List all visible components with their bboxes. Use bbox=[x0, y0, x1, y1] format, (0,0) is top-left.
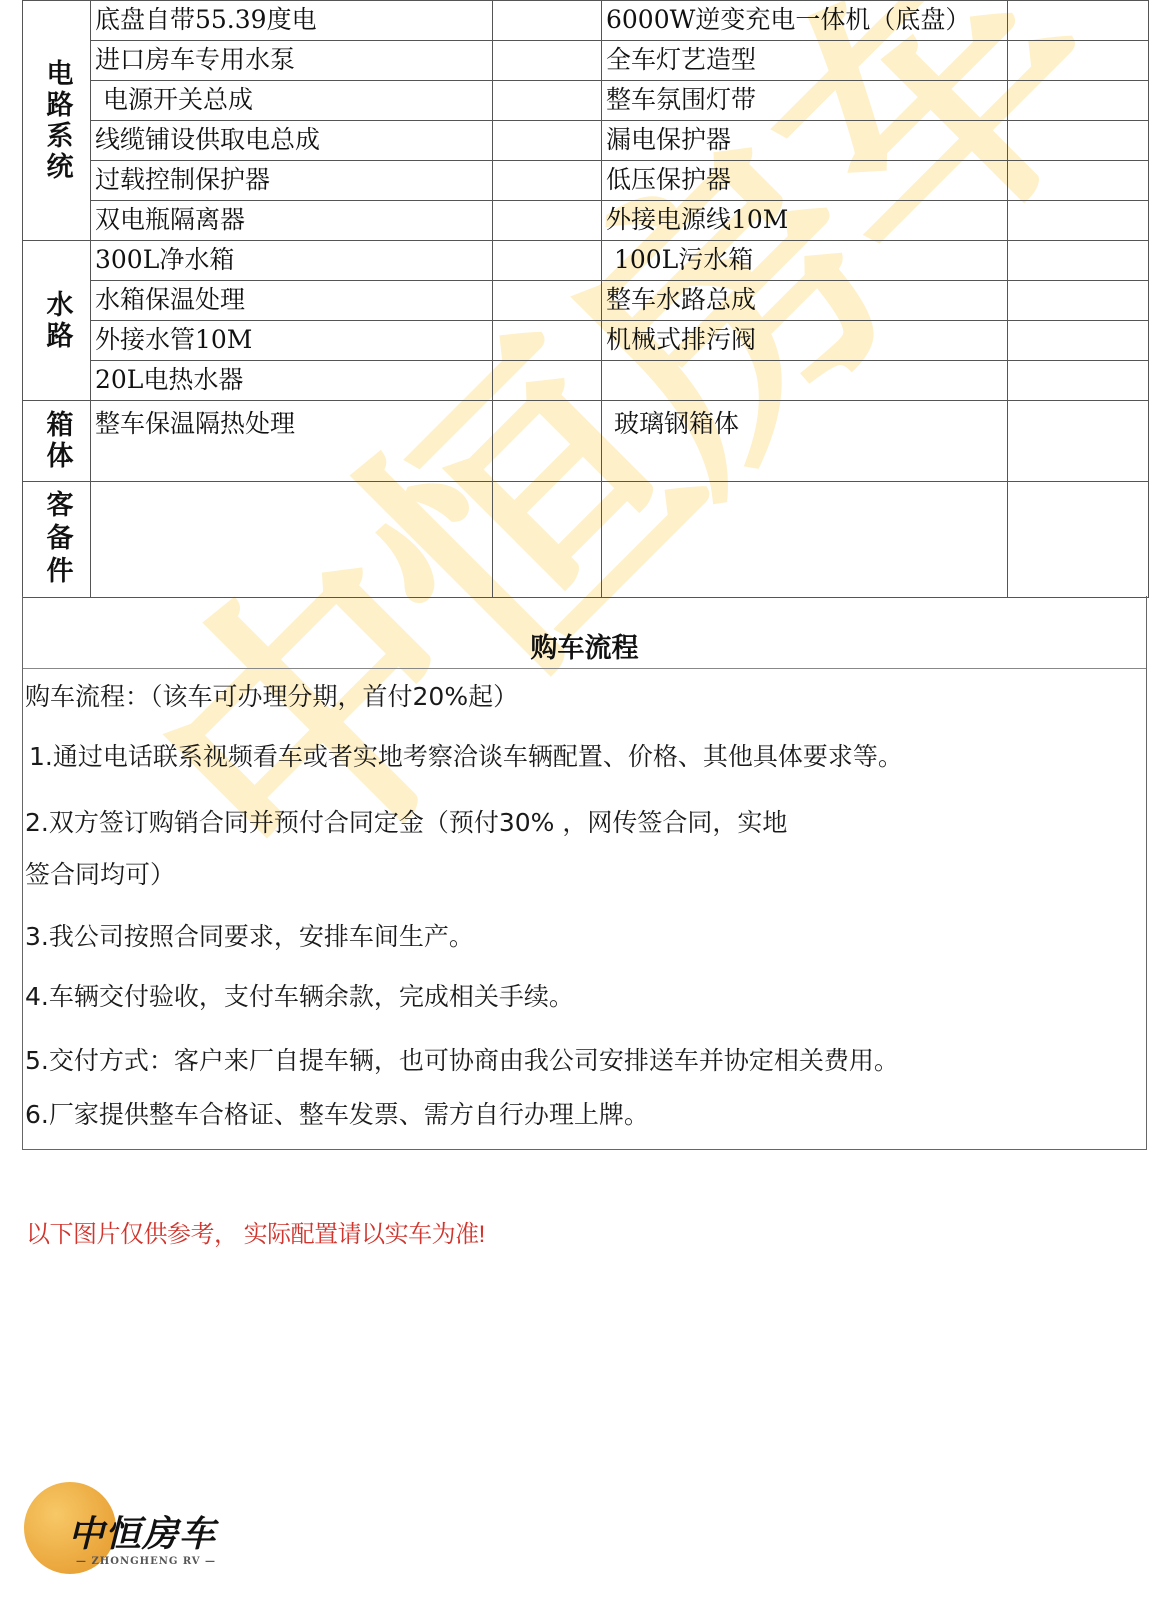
item-cell bbox=[602, 361, 1008, 401]
item-cell: 100L污水箱 bbox=[602, 241, 1008, 281]
category-cell-body: 箱体 bbox=[23, 401, 91, 482]
purchase-process-section: 购车流程 购车流程：（该车可办理分期，首付20%起） 1.通过电话联系视频看车或… bbox=[22, 596, 1147, 1150]
blank-cell bbox=[1008, 161, 1149, 201]
item-cell: 整车氛围灯带 bbox=[602, 81, 1008, 121]
blank-cell bbox=[493, 281, 602, 321]
item-cell: 底盘自带55.39度电 bbox=[91, 1, 493, 41]
blank-cell bbox=[493, 321, 602, 361]
item-cell bbox=[602, 482, 1008, 598]
item-cell: 过载控制保护器 bbox=[91, 161, 493, 201]
company-logo: 中恒房车 — ZHONGHENG RV — bbox=[14, 1468, 254, 1600]
process-intro: 购车流程：（该车可办理分期，首付20%起） bbox=[25, 677, 518, 713]
item-cell: 水箱保温处理 bbox=[91, 281, 493, 321]
table-row: 电源开关总成 整车氛围灯带 bbox=[23, 81, 1149, 121]
table-row: 水路 300L净水箱 100L污水箱 bbox=[23, 241, 1149, 281]
process-step: 2.双方签订购销合同并预付合同定金（预付30% ，网传签合同，实地 bbox=[25, 803, 787, 839]
blank-cell bbox=[493, 41, 602, 81]
process-step: 1.通过电话联系视频看车或者实地考察洽谈车辆配置、价格、其他具体要求等。 bbox=[29, 737, 903, 773]
blank-cell bbox=[493, 241, 602, 281]
process-step: 5.交付方式：客户来厂自提车辆，也可协商由我公司安排送车并协定相关费用。 bbox=[25, 1041, 899, 1077]
item-cell: 漏电保护器 bbox=[602, 121, 1008, 161]
table-row: 过载控制保护器 低压保护器 bbox=[23, 161, 1149, 201]
item-cell: 全车灯艺造型 bbox=[602, 41, 1008, 81]
item-cell: 6000W逆变充电一体机（底盘） bbox=[602, 1, 1008, 41]
item-cell: 整车水路总成 bbox=[602, 281, 1008, 321]
item-cell: 20L电热水器 bbox=[91, 361, 493, 401]
blank-cell bbox=[493, 201, 602, 241]
blank-cell bbox=[1008, 1, 1149, 41]
table-row: 进口房车专用水泵 全车灯艺造型 bbox=[23, 41, 1149, 81]
table-row: 客备件 bbox=[23, 482, 1149, 598]
blank-cell bbox=[1008, 41, 1149, 81]
blank-cell bbox=[493, 121, 602, 161]
item-cell: 300L净水箱 bbox=[91, 241, 493, 281]
logo-name-cn: 中恒房车 bbox=[68, 1506, 216, 1557]
item-cell bbox=[91, 482, 493, 598]
blank-cell bbox=[1008, 321, 1149, 361]
process-step-continuation: 签合同均可） bbox=[25, 855, 175, 891]
item-cell: 整车保温隔热处理 bbox=[91, 401, 493, 482]
table-row: 双电瓶隔离器 外接电源线10M bbox=[23, 201, 1149, 241]
reference-notice: 以下图片仅供参考， 实际配置请以实车为准! bbox=[26, 1214, 485, 1249]
item-cell: 玻璃钢箱体 bbox=[602, 401, 1008, 482]
blank-cell bbox=[493, 81, 602, 121]
table-row: 外接水管10M 机械式排污阀 bbox=[23, 321, 1149, 361]
blank-cell bbox=[1008, 121, 1149, 161]
process-title-row: 购车流程 bbox=[23, 596, 1146, 669]
blank-cell bbox=[1008, 281, 1149, 321]
table-row: 20L电热水器 bbox=[23, 361, 1149, 401]
item-cell: 电源开关总成 bbox=[91, 81, 493, 121]
process-title: 购车流程 bbox=[23, 626, 1146, 665]
category-cell-water: 水路 bbox=[23, 241, 91, 401]
process-step: 4.车辆交付验收，支付车辆余款，完成相关手续。 bbox=[25, 977, 574, 1013]
blank-cell bbox=[1008, 241, 1149, 281]
blank-cell bbox=[493, 401, 602, 482]
process-step: 3.我公司按照合同要求，安排车间生产。 bbox=[25, 917, 474, 953]
blank-cell bbox=[493, 161, 602, 201]
logo-name-en: — ZHONGHENG RV — bbox=[76, 1556, 216, 1567]
item-cell: 机械式排污阀 bbox=[602, 321, 1008, 361]
blank-cell bbox=[493, 482, 602, 598]
process-step: 6.厂家提供整车合格证、整车发票、需方自行办理上牌。 bbox=[25, 1095, 649, 1131]
spec-table: 电路系统 底盘自带55.39度电 6000W逆变充电一体机（底盘） 进口房车专用… bbox=[22, 0, 1149, 598]
blank-cell bbox=[1008, 81, 1149, 121]
blank-cell bbox=[1008, 361, 1149, 401]
item-cell: 双电瓶隔离器 bbox=[91, 201, 493, 241]
item-cell: 外接水管10M bbox=[91, 321, 493, 361]
table-row: 线缆铺设供取电总成 漏电保护器 bbox=[23, 121, 1149, 161]
item-cell: 线缆铺设供取电总成 bbox=[91, 121, 493, 161]
blank-cell bbox=[493, 1, 602, 41]
blank-cell bbox=[1008, 401, 1149, 482]
item-cell: 低压保护器 bbox=[602, 161, 1008, 201]
item-cell: 外接电源线10M bbox=[602, 201, 1008, 241]
table-row: 箱体 整车保温隔热处理 玻璃钢箱体 bbox=[23, 401, 1149, 482]
category-cell-spare-parts: 客备件 bbox=[23, 482, 91, 598]
blank-cell bbox=[1008, 482, 1149, 598]
blank-cell bbox=[493, 361, 602, 401]
table-row: 电路系统 底盘自带55.39度电 6000W逆变充电一体机（底盘） bbox=[23, 1, 1149, 41]
blank-cell bbox=[1008, 201, 1149, 241]
category-cell-electrical: 电路系统 bbox=[23, 1, 91, 241]
table-row: 水箱保温处理 整车水路总成 bbox=[23, 281, 1149, 321]
item-cell: 进口房车专用水泵 bbox=[91, 41, 493, 81]
